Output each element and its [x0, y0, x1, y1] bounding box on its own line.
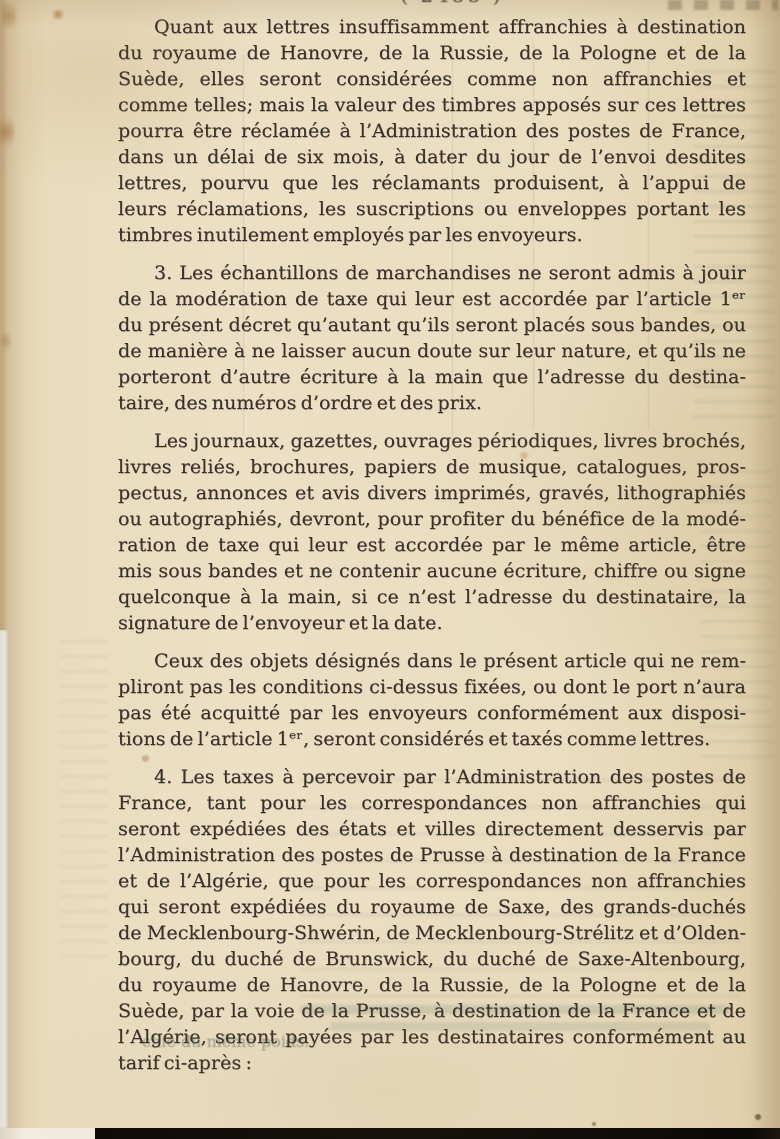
text-line: lettres, pourvu que les réclamants produ…: [118, 170, 746, 196]
text-line: leurs réclamations, les suscriptions ou …: [118, 196, 746, 222]
text-line: de manière à ne laisser aucun doute sur …: [118, 338, 746, 364]
text-line: l’Algérie, seront payées par les destina…: [118, 1024, 746, 1050]
text-line: Suède, par la voie de la Prusse, à desti…: [118, 998, 746, 1024]
bleedthrough-smudge: [668, 0, 778, 10]
paper-stain: [50, 9, 66, 20]
text-line: pas été acquitté par les envoyeurs confo…: [118, 700, 746, 726]
paragraph: Ceux des objets désignés dans le présent…: [118, 648, 746, 752]
torn-edge-shadow: [0, 0, 7, 632]
text-line: Suède, elles seront considérées comme no…: [118, 66, 746, 92]
scanned-document-page: chié du même poids. ( 2455 ) Quant aux l…: [0, 0, 780, 1139]
text-line: Ceux des objets désignés dans le présent…: [118, 648, 746, 674]
text-line: du royaume de Hanovre, de la Russie, de …: [118, 40, 746, 66]
text-line: mis sous bandes et ne contenir aucune éc…: [118, 558, 746, 584]
scan-edge-white-strip: [0, 630, 9, 1129]
text-line: timbres inutilement employés par les env…: [118, 222, 746, 248]
text-line: livres reliés, brochures, papiers de mus…: [118, 454, 746, 480]
text-line: quelconque à la main, si ce n’est l’adre…: [118, 584, 746, 610]
text-line: tions de l’article 1ᵉʳ, seront considéré…: [118, 726, 746, 752]
paragraph: Quant aux lettres insuffisamment affranc…: [118, 14, 746, 248]
page-number: ( 2455 ): [382, 0, 522, 8]
text-line: pourra être réclamée à l’Administration …: [118, 118, 746, 144]
text-line: bourg, du duché de Brunswick, du duché d…: [118, 946, 746, 972]
paragraph: 3. Les échantillons de marchandises ne s…: [118, 260, 746, 416]
text-line: porteront d’autre écriture à la main que…: [118, 364, 746, 390]
text-line: signature de l’envoyeur et la date.: [118, 610, 746, 636]
scan-edge-black-bar: [95, 1128, 780, 1139]
text-line: de Mecklenbourg-Shwérin, de Mecklenbourg…: [118, 920, 746, 946]
text-line: 3. Les échantillons de marchandises ne s…: [118, 260, 746, 286]
paper-speck: [592, 1122, 596, 1126]
scan-edge-bottom-corner: [0, 1128, 95, 1139]
text-line: pliront pas les conditions ci-dessus fix…: [118, 674, 746, 700]
text-line: Les journaux, gazettes, ouvrages périodi…: [118, 428, 746, 454]
text-line: dans un délai de six mois, à dater du jo…: [118, 144, 746, 170]
text-line: ou autographiés, devront, pour profiter …: [118, 506, 746, 532]
text-line: du présent décret qu’autant qu’ils seron…: [118, 312, 746, 338]
paper-speck: [755, 1114, 761, 1120]
text-line: comme telles; mais la valeur des timbres…: [118, 92, 746, 118]
bleedthrough-text-column: [60, 640, 108, 970]
text-line: qui seront expédiées du royaume de Saxe,…: [118, 894, 746, 920]
text-line: seront expédiées des états et villes dir…: [118, 816, 746, 842]
document-text: Quant aux lettres insuffisamment affranc…: [118, 14, 746, 1076]
paragraph: 4. Les taxes à percevoir par l’Administr…: [118, 764, 746, 1076]
text-line: taire, des numéros d’ordre et des prix.: [118, 390, 746, 416]
text-line: ration de taxe qui leur est accordée par…: [118, 532, 746, 558]
text-line: tarif ci-après :: [118, 1050, 746, 1076]
paragraph: Les journaux, gazettes, ouvrages périodi…: [118, 428, 746, 636]
text-line: et de l’Algérie, que pour les correspond…: [118, 868, 746, 894]
text-line: France, tant pour les correspondances no…: [118, 790, 746, 816]
text-line: l’Administration des postes de Prusse à …: [118, 842, 746, 868]
text-line: du royaume de Hanovre, de la Russie, de …: [118, 972, 746, 998]
text-line: 4. Les taxes à percevoir par l’Administr…: [118, 764, 746, 790]
text-line: pectus, annonces et avis divers imprimés…: [118, 480, 746, 506]
text-line: de la modération de taxe qui leur est ac…: [118, 286, 746, 312]
text-line: Quant aux lettres insuffisamment affranc…: [118, 14, 746, 40]
